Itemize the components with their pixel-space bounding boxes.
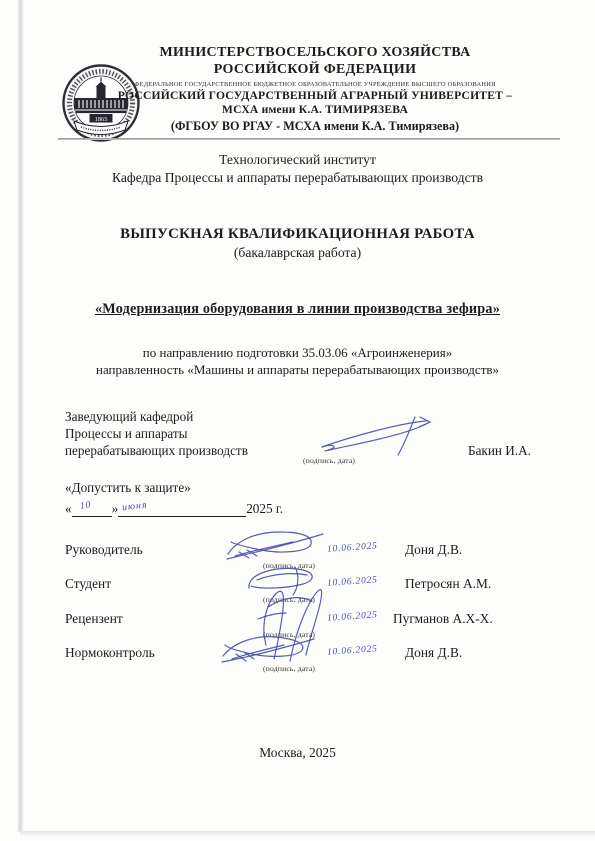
university-line-1: РОССИЙСКИЙ ГОСУДАРСТВЕННЫЙ АГРАРНЫЙ УНИВ… [95,89,535,103]
admit-block: «Допустить к защите» «10»июня2025 г. [65,479,283,517]
institute-block: Технологический институт Кафедра Процесс… [0,151,595,186]
handwritten-day: 10 [79,497,92,515]
ministry-line-2: РОССИЙСКОЙ ФЕДЕРАЦИИ [95,61,535,78]
head-role-line-2: Процессы и аппараты [65,425,248,442]
document-page: 1865 МИНИСТЕРСТВОСЕЛЬСКОГО ХОЗЯЙСТВА РОС… [0,0,595,841]
handwritten-date: 10.06.2025 [327,541,378,555]
work-subtype: (бакалаврская работа) [0,245,595,261]
document-header: МИНИСТЕРСТВОСЕЛЬСКОГО ХОЗЯЙСТВА РОССИЙСК… [95,44,535,134]
handwritten-date: 10.06.2025 [327,644,378,658]
person-name: Петросян А.М. [405,576,491,592]
role-label: Руководитель [65,542,143,558]
scan-edge-bottom [20,831,595,836]
sign-caption: (подпись, дата) [263,664,315,673]
close-quote: » [112,501,119,516]
head-role-line-3: перерабатывающих производств [65,442,248,459]
department-head-block: Заведующий кафедрой Процессы и аппараты … [65,408,248,459]
admit-date-line: «10»июня2025 г. [65,500,283,517]
work-type-title: ВЫПУСКНАЯ КВАЛИФИКАЦИОННАЯ РАБОТА [0,226,595,243]
role-label: Рецензент [65,611,123,627]
header-divider [58,138,560,140]
person-name: Доня Д.В. [405,542,462,558]
city-year-footer: Москва, 2025 [0,745,595,761]
head-sign-caption: (подпись, дата) [303,456,355,465]
month-blank: июня [118,502,246,517]
day-blank: 10 [72,502,112,517]
year-suffix: 2025 г. [246,501,283,516]
head-name: Бакин И.А. [468,443,531,459]
handwritten-date: 10.06.2025 [327,610,378,624]
institute-name: Технологический институт [0,151,595,169]
scan-edge-left [17,0,24,832]
role-label: Студент [65,576,111,592]
signature-head [318,411,443,459]
ministry-line-1: МИНИСТЕРСТВОСЕЛЬСКОГО ХОЗЯЙСТВА [95,44,535,61]
program-line-2: направленность «Машины и аппараты перера… [0,362,595,379]
person-name: Доня Д.В. [405,645,462,661]
department-name: Кафедра Процессы и аппараты перерабатыва… [0,169,595,187]
admit-line: «Допустить к защите» [65,479,283,496]
thesis-title: «Модернизация оборудования в линии произ… [0,301,595,318]
university-line-3: (ФГБОУ ВО РГАУ - МСХА имени К.А. Тимиряз… [95,118,535,134]
work-type-block: ВЫПУСКНАЯ КВАЛИФИКАЦИОННАЯ РАБОТА (бакал… [0,226,595,261]
program-line-1: по направлению подготовки 35.03.06 «Агро… [0,345,595,362]
head-role-line-1: Заведующий кафедрой [65,408,248,425]
institution-small-line: ФЕДЕРАЛЬНОЕ ГОСУДАРСТВЕННОЕ БЮДЖЕТНОЕ ОБ… [95,80,535,89]
role-label: Нормоконтроль [65,645,155,661]
university-line-2: МСХА имени К.А. ТИМИРЯЗЕВА [95,103,535,117]
open-quote: « [65,501,72,516]
handwritten-month: июня [121,497,148,517]
program-block: по направлению подготовки 35.03.06 «Агро… [0,345,595,378]
signature-row-normcontrol: Нормоконтроль (подпись, дата) 10.06.2025… [65,645,560,679]
person-name: Пугманов А.Х-Х. [393,611,493,627]
